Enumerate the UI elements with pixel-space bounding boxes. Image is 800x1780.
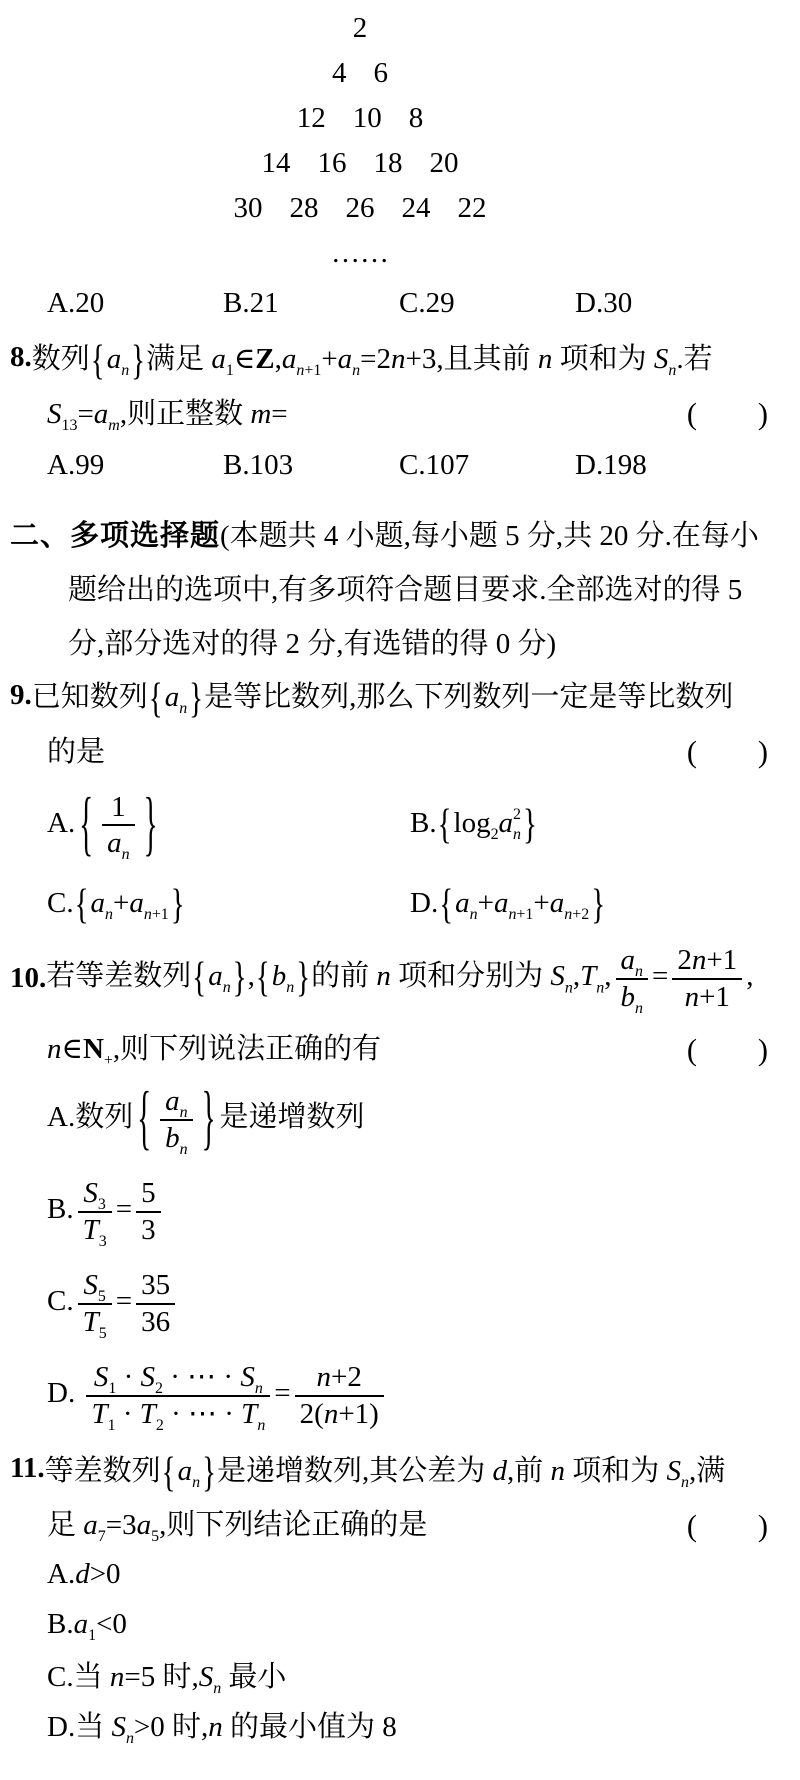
question-8: 8. 数列{an}满足 a1∈Z,an+1+an=2n+3,且其前 n 项和为 … — [10, 330, 770, 492]
question11-option-a-text: A.d>0 — [47, 1558, 121, 1591]
answer-blank: ( ) — [687, 1025, 768, 1069]
question10-option-b: B.S3T3=53 — [10, 1166, 770, 1258]
question7-option-d: D.30 — [575, 287, 632, 320]
question-9: 9. 已知数列{an}是等比数列,那么下列数列一定是等比数列 的是 ( ) A.… — [10, 668, 770, 922]
exam-page: 2 46 12108 14161820 3028262422 …… A.20 B… — [0, 0, 800, 1780]
answer-blank: ( ) — [687, 727, 768, 771]
triangle-row-1: 2 — [10, 6, 710, 51]
question10-option-b-text: B.S3T3=53 — [47, 1176, 165, 1247]
question-10: 10. 若等差数列{an},{bn}的前 n 项和分别为 Sn,Tn,anbn=… — [10, 938, 770, 1442]
number-triangle: 2 46 12108 14161820 3028262422 …… — [10, 6, 710, 276]
question-8-text-1: 数列{an}满足 a1∈Z,an+1+an=2n+3,且其前 n 项和为 Sn.… — [32, 336, 713, 378]
section-2-title: 二、多项选择题 — [10, 513, 220, 554]
triangle-row-5: 3028262422 — [10, 186, 710, 231]
question11-option-d-text: D.当 Sn>0 时,n 的最小值为 8 — [47, 1704, 397, 1745]
question-11-text-2: 足 a7=3a5,则下列结论正确的是 — [47, 1502, 427, 1543]
question10-option-d: D. S1 · S2 · ⋯ · SnT1 · T2 · ⋯ · Tn=n+22… — [10, 1350, 770, 1442]
question-10-number: 10. — [10, 962, 46, 995]
question-9-line-2: 的是 ( ) — [10, 722, 770, 776]
question-9-line-1: 9. 已知数列{an}是等比数列,那么下列数列一定是等比数列 — [10, 668, 770, 722]
section-2-header: 二、多项选择题(本题共 4 小题,每小题 5 分,共 20 分.在每小 题给出的… — [10, 506, 770, 668]
section-2-intro-line-2: 题给出的选项中,有多项符合题目要求.全部选对的得 5 — [10, 560, 770, 614]
question11-option-b-text: B.a1<0 — [47, 1608, 127, 1641]
question8-option-d: D.198 — [575, 449, 647, 482]
question-8-text-2: S13=am,则正整数 m= — [47, 391, 288, 432]
section-2-intro-3: 分,部分选对的得 2 分,有选错的得 0 分) — [68, 621, 556, 662]
question10-option-c-text: C.S5T5=3536 — [47, 1268, 179, 1339]
question-11-number: 11. — [10, 1452, 45, 1485]
question11-option-c-text: C.当 n=5 时,Sn 最小 — [47, 1654, 286, 1695]
question-8-line-1: 8. 数列{an}满足 a1∈Z,an+1+an=2n+3,且其前 n 项和为 … — [10, 330, 770, 384]
question-9-text-2: 的是 — [47, 729, 105, 770]
question-9-number: 9. — [10, 679, 32, 712]
section-2-title-line: 二、多项选择题(本题共 4 小题,每小题 5 分,共 20 分.在每小 — [10, 506, 770, 560]
question-8-number: 8. — [10, 341, 32, 374]
triangle-row-4: 14161820 — [10, 141, 710, 186]
question-8-line-2: S13=am,则正整数 m= ( ) — [10, 384, 770, 438]
question10-option-a: A.数列{anbn}是递增数列 — [10, 1074, 770, 1166]
question10-option-d-text: D. S1 · S2 · ⋯ · SnT1 · T2 · ⋯ · Tn=n+22… — [47, 1360, 388, 1431]
question-11-line-2: 足 a7=3a5,则下列结论正确的是 ( ) — [10, 1496, 770, 1550]
question7-option-a: A.20 — [47, 287, 223, 320]
triangle-row-ellipsis: …… — [10, 231, 710, 276]
section-2-intro-2: 题给出的选项中,有多项符合题目要求.全部选对的得 5 — [68, 567, 742, 608]
question9-option-c: C.{an+an+1} — [47, 887, 186, 922]
section-2-intro-1: (本题共 4 小题,每小题 5 分,共 20 分.在每小 — [220, 513, 759, 554]
question9-options: A.{1an} B.{log2a2n} C.{an+an+1} D.{an+an… — [10, 790, 770, 922]
question10-option-a-text: A.数列{anbn}是递增数列 — [47, 1084, 365, 1155]
question9-option-b: B.{log2a2n} — [410, 807, 538, 844]
question-9-text-1: 已知数列{an}是等比数列,那么下列数列一定是等比数列 — [32, 674, 734, 716]
question7-options: A.20 B.21 C.29 D.30 — [10, 276, 770, 330]
question11-option-b: B.a1<0 — [10, 1600, 770, 1650]
question11-option-c: C.当 n=5 时,Sn 最小 — [10, 1650, 770, 1700]
question-11-line-1: 11. 等差数列{an}是递增数列,其公差为 d,前 n 项和为 Sn,满 — [10, 1442, 770, 1496]
question-10-text-2: n∈N+,则下列说法正确的有 — [47, 1026, 381, 1067]
question-10-line-1: 10. 若等差数列{an},{bn}的前 n 项和分别为 Sn,Tn,anbn=… — [10, 938, 770, 1020]
triangle-row-2: 46 — [10, 51, 710, 96]
question8-options: A.99 B.103 C.107 D.198 — [10, 438, 770, 492]
question9-option-d: D.{an+an+1+an+2} — [410, 887, 606, 922]
question-11-text-1: 等差数列{an}是递增数列,其公差为 d,前 n 项和为 Sn,满 — [45, 1448, 726, 1490]
question11-option-d: D.当 Sn>0 时,n 的最小值为 8 — [10, 1700, 770, 1750]
question7-option-b: B.21 — [223, 287, 399, 320]
question-10-line-2: n∈N+,则下列说法正确的有 ( ) — [10, 1020, 770, 1074]
question10-option-c: C.S5T5=3536 — [10, 1258, 770, 1350]
answer-blank: ( ) — [687, 1501, 768, 1545]
question8-option-b: B.103 — [223, 449, 399, 482]
question11-option-a: A.d>0 — [10, 1550, 770, 1600]
question7-option-c: C.29 — [399, 287, 575, 320]
question-11: 11. 等差数列{an}是递增数列,其公差为 d,前 n 项和为 Sn,满 足 … — [10, 1442, 770, 1750]
triangle-row-3: 12108 — [10, 96, 710, 141]
section-2-intro-line-3: 分,部分选对的得 2 分,有选错的得 0 分) — [10, 614, 770, 668]
question-10-text-1: 若等差数列{an},{bn}的前 n 项和分别为 Sn,Tn,anbn=2n+1… — [46, 943, 753, 1014]
question8-option-a: A.99 — [47, 449, 223, 482]
question9-option-a: A.{1an} — [47, 790, 162, 861]
answer-blank: ( ) — [687, 389, 768, 433]
question8-option-c: C.107 — [399, 449, 575, 482]
